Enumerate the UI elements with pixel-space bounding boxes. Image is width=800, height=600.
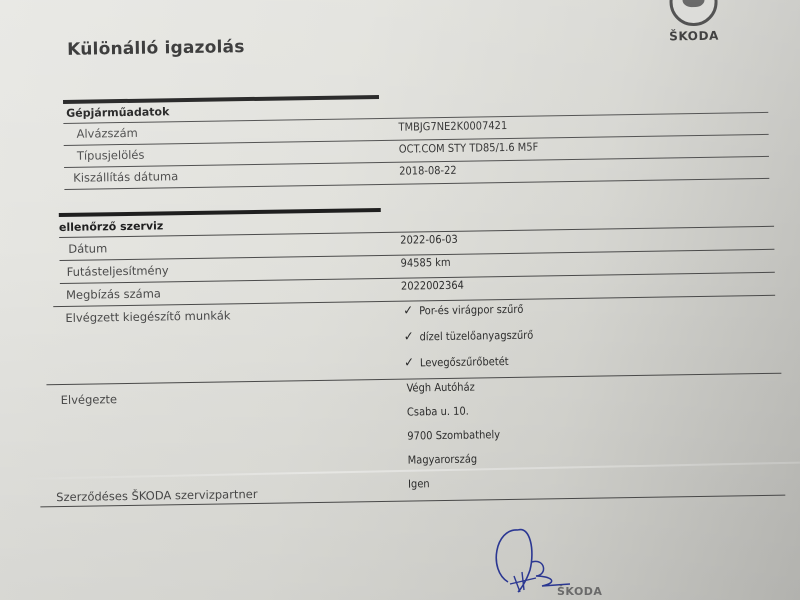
contract-partner-value: Igen [408,477,430,490]
page-title: Különálló igazolás [67,37,245,60]
vehicle-section-title: Gépjárműadatok [66,105,169,120]
mileage-value: 94585 km [401,256,451,270]
extra-work-label: Elvégzett kiegészítő munkák [65,308,230,325]
extra-work-item: ✓dízel tüzelőanyagszűrő [404,328,534,345]
dealer-name: Végh Autóház [406,381,474,395]
vin-value: TMBJG7NE2K0007421 [398,119,507,134]
checkmark-icon: ✓ [404,355,414,370]
vin-label: Alvázszám [76,126,137,141]
contract-partner-label: Szerződéses ŠKODA szervizpartner [56,487,257,504]
type-label: Típusjelölés [77,148,145,163]
skoda-arrow-icon [669,0,718,26]
section-divider [63,95,379,104]
type-value: OCT.COM STY TD85/1.6 M5F [399,140,539,155]
extra-work-item: ✓Por-és virágpor szűrő [403,302,523,319]
dealer-city: 9700 Szombathely [407,428,500,442]
checkmark-icon: ✓ [404,329,414,344]
order-number-value: 2022002364 [401,279,464,293]
delivery-date-label: Kiszállítás dátuma [73,169,178,185]
service-date-label: Dátum [68,241,107,256]
stamp-brand: ŠKODA [557,585,602,598]
checkmark-icon: ✓ [403,303,413,318]
document-page: Különálló igazolás ŠKODA Gépjárműadatok … [0,0,800,600]
extra-work-item: ✓Levegőszűrőbetét [404,354,509,371]
mileage-label: Futásteljesítmény [67,263,169,279]
logo-wordmark: ŠKODA [644,28,744,44]
dealer-country: Magyarország [408,452,478,466]
dealer-street: Csaba u. 10. [407,405,469,419]
section-divider [59,208,381,217]
order-number-label: Megbízás száma [66,286,161,301]
delivery-date-value: 2018-08-22 [399,164,457,178]
service-date-value: 2022-06-03 [400,233,458,247]
skoda-logo: ŠKODA [643,0,744,44]
performed-by-label: Elvégezte [61,392,118,407]
service-section-title: ellenőrző szerviz [59,219,163,234]
